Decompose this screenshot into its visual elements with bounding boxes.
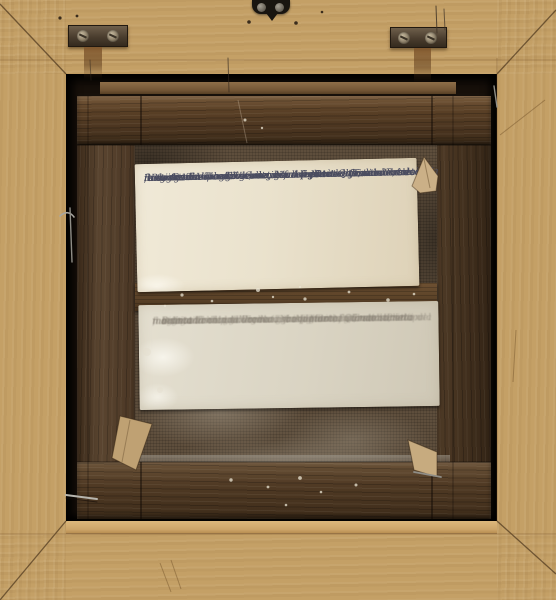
- rust-streak: [84, 47, 102, 79]
- hanging-bracket-left: [68, 25, 128, 47]
- handwritten-label-bottom-faded: Bianca Emilia Allier, nata in Avignone i…: [138, 301, 439, 410]
- screw: [107, 30, 119, 42]
- label-text-line: artista-: [144, 172, 196, 186]
- hanging-hook-top-center: [252, 0, 290, 14]
- outer-frame-left: [0, 0, 66, 600]
- outer-frame-bottom: [0, 534, 556, 600]
- stretcher-top-bar: [77, 96, 491, 145]
- screw: [77, 30, 89, 42]
- screw: [257, 3, 266, 12]
- stretcher-bottom-bar: [77, 462, 491, 519]
- picture-frame-back-photo: Bianca Emilia Allier, nata in Avignone i…: [0, 0, 556, 600]
- handwritten-label-top: Bianca Emilia Allier, nata in Avignone i…: [135, 158, 420, 292]
- faded-text-line: artista-: [152, 316, 195, 327]
- screw: [425, 32, 437, 44]
- hanging-bracket-right: [390, 27, 447, 48]
- loose-wood-slat: [100, 82, 456, 94]
- frame-rabbet-lip: [66, 521, 497, 534]
- screw: [398, 32, 410, 44]
- screw: [275, 3, 284, 12]
- rust-streak: [414, 48, 431, 82]
- hanging-hook-tab: [266, 13, 278, 21]
- outer-frame-right: [497, 0, 556, 600]
